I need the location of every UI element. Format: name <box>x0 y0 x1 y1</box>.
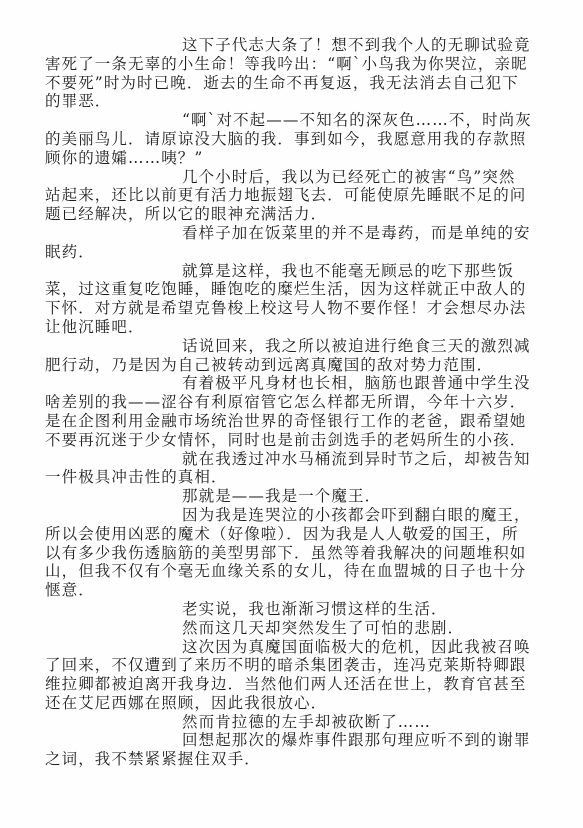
text-line: 山，但我不仅有个毫无血缘关系的女儿，待在血盟城的日子也十分 <box>45 562 525 581</box>
text-line: 让他沉睡吧． <box>45 318 525 337</box>
text-line: 害死了一条无辜的小生命！等我吟出：“啊`小鸟我为你哭泣，亲昵 <box>45 55 525 74</box>
paragraph-first-line: 看样子加在饭菜里的并不是毒药，而是单纯的安 <box>45 224 525 243</box>
text-line: 顾你的遗孀……咦？” <box>45 149 525 168</box>
paragraph-first-line: 几个小时后，我以为已经死亡的被害“鸟”突然 <box>45 168 525 187</box>
paragraph-first-line: 话说回来，我之所以被迫进行绝食三天的激烈减 <box>45 337 525 356</box>
text-line: 了回来，不仅遭到了来历不明的暗杀集团袭击，连冯克莱斯特卿跟 <box>45 656 525 675</box>
text-line: 肥行动，乃是因为自己被转动到远离真魔国的敌对势力范围． <box>45 356 525 375</box>
text-line: 站起来，还比以前更有活力地振翅飞去．可能使原先睡眠不足的问 <box>45 186 525 205</box>
paragraph-first-line: 回想起那次的爆炸事件跟那句理应听不到的谢罪 <box>45 731 525 750</box>
paragraph-first-line: 老实说，我也渐渐习惯这样的生活． <box>45 600 525 619</box>
text-line: 不要死”时为时已晚．逝去的生命不再复返，我无法消去自己犯下 <box>45 74 525 93</box>
text-line: 不要再沉迷于少女情怀，同时也是前击剑选手的老妈所生的小孩． <box>45 431 525 450</box>
text-line: 还在艾尼西娜在照顾，因此我很放心． <box>45 694 525 713</box>
text-line: 啥差别的我——涩谷有利原宿管它怎么样都无所谓，今年十六岁． <box>45 393 525 412</box>
paragraph-first-line: 就在我透过冲水马桶流到异时节之后，却被告知 <box>45 450 525 469</box>
text-line: 题已经解决，所以它的眼神充满活力． <box>45 205 525 224</box>
text-line: 以有多少我伤透脑筋的美型男部下．虽然等着我解决的问题堆积如 <box>45 544 525 563</box>
document-page: 这下子代志大条了！想不到我个人的无聊试验竟害死了一条无辜的小生命！等我吟出：“啊… <box>0 0 583 828</box>
paragraph-first-line: “啊`对不起——不知名的深灰色……不，时尚灰 <box>45 111 525 130</box>
text-line: 所以会使用凶恶的魔术（好像啦）．因为我是人人敬爱的国王，所 <box>45 525 525 544</box>
text-line: 之词，我不禁紧紧握住双手． <box>45 750 525 769</box>
paragraph-first-line: 就算是这样，我也不能毫无顾忌的吃下那些饭 <box>45 262 525 281</box>
body-text: 这下子代志大条了！想不到我个人的无聊试验竟害死了一条无辜的小生命！等我吟出：“啊… <box>45 36 525 769</box>
paragraph-first-line: 因为我是连哭泣的小孩都会吓到翻白眼的魔王， <box>45 506 525 525</box>
text-line: 眠药． <box>45 243 525 262</box>
paragraph-first-line: 有着极平凡身材也长相，脑筋也跟普通中学生没 <box>45 374 525 393</box>
paragraph-first-line: 那就是——我是一个魔王． <box>45 487 525 506</box>
paragraph-first-line: 这下子代志大条了！想不到我个人的无聊试验竟 <box>45 36 525 55</box>
text-line: 维拉卿都被迫离开我身边．当然他们两人还活在世上，教育官甚至 <box>45 675 525 694</box>
text-line: 下怀．对方就是希望克鲁梭上校这号人物不要作怪！才会想尽办法 <box>45 299 525 318</box>
paragraph-first-line: 这次因为真魔国面临极大的危机，因此我被召唤 <box>45 638 525 657</box>
text-line: 一件极具冲击性的真相． <box>45 468 525 487</box>
text-line: 是在企图利用金融市场统治世界的奇怪银行工作的老爸，跟希望她 <box>45 412 525 431</box>
text-line: 的罪恶． <box>45 92 525 111</box>
paragraph-first-line: 然而肯拉德的左手却被砍断了…… <box>45 713 525 732</box>
paragraph-first-line: 然而这几天却突然发生了可怕的悲剧． <box>45 619 525 638</box>
text-line: 惬意． <box>45 581 525 600</box>
text-line: 的美丽鸟儿．请原谅没大脑的我．事到如今，我愿意用我的存款照 <box>45 130 525 149</box>
text-line: 菜，过这重复吃饱睡，睡饱吃的糜烂生活，因为这样就正中敌人的 <box>45 280 525 299</box>
